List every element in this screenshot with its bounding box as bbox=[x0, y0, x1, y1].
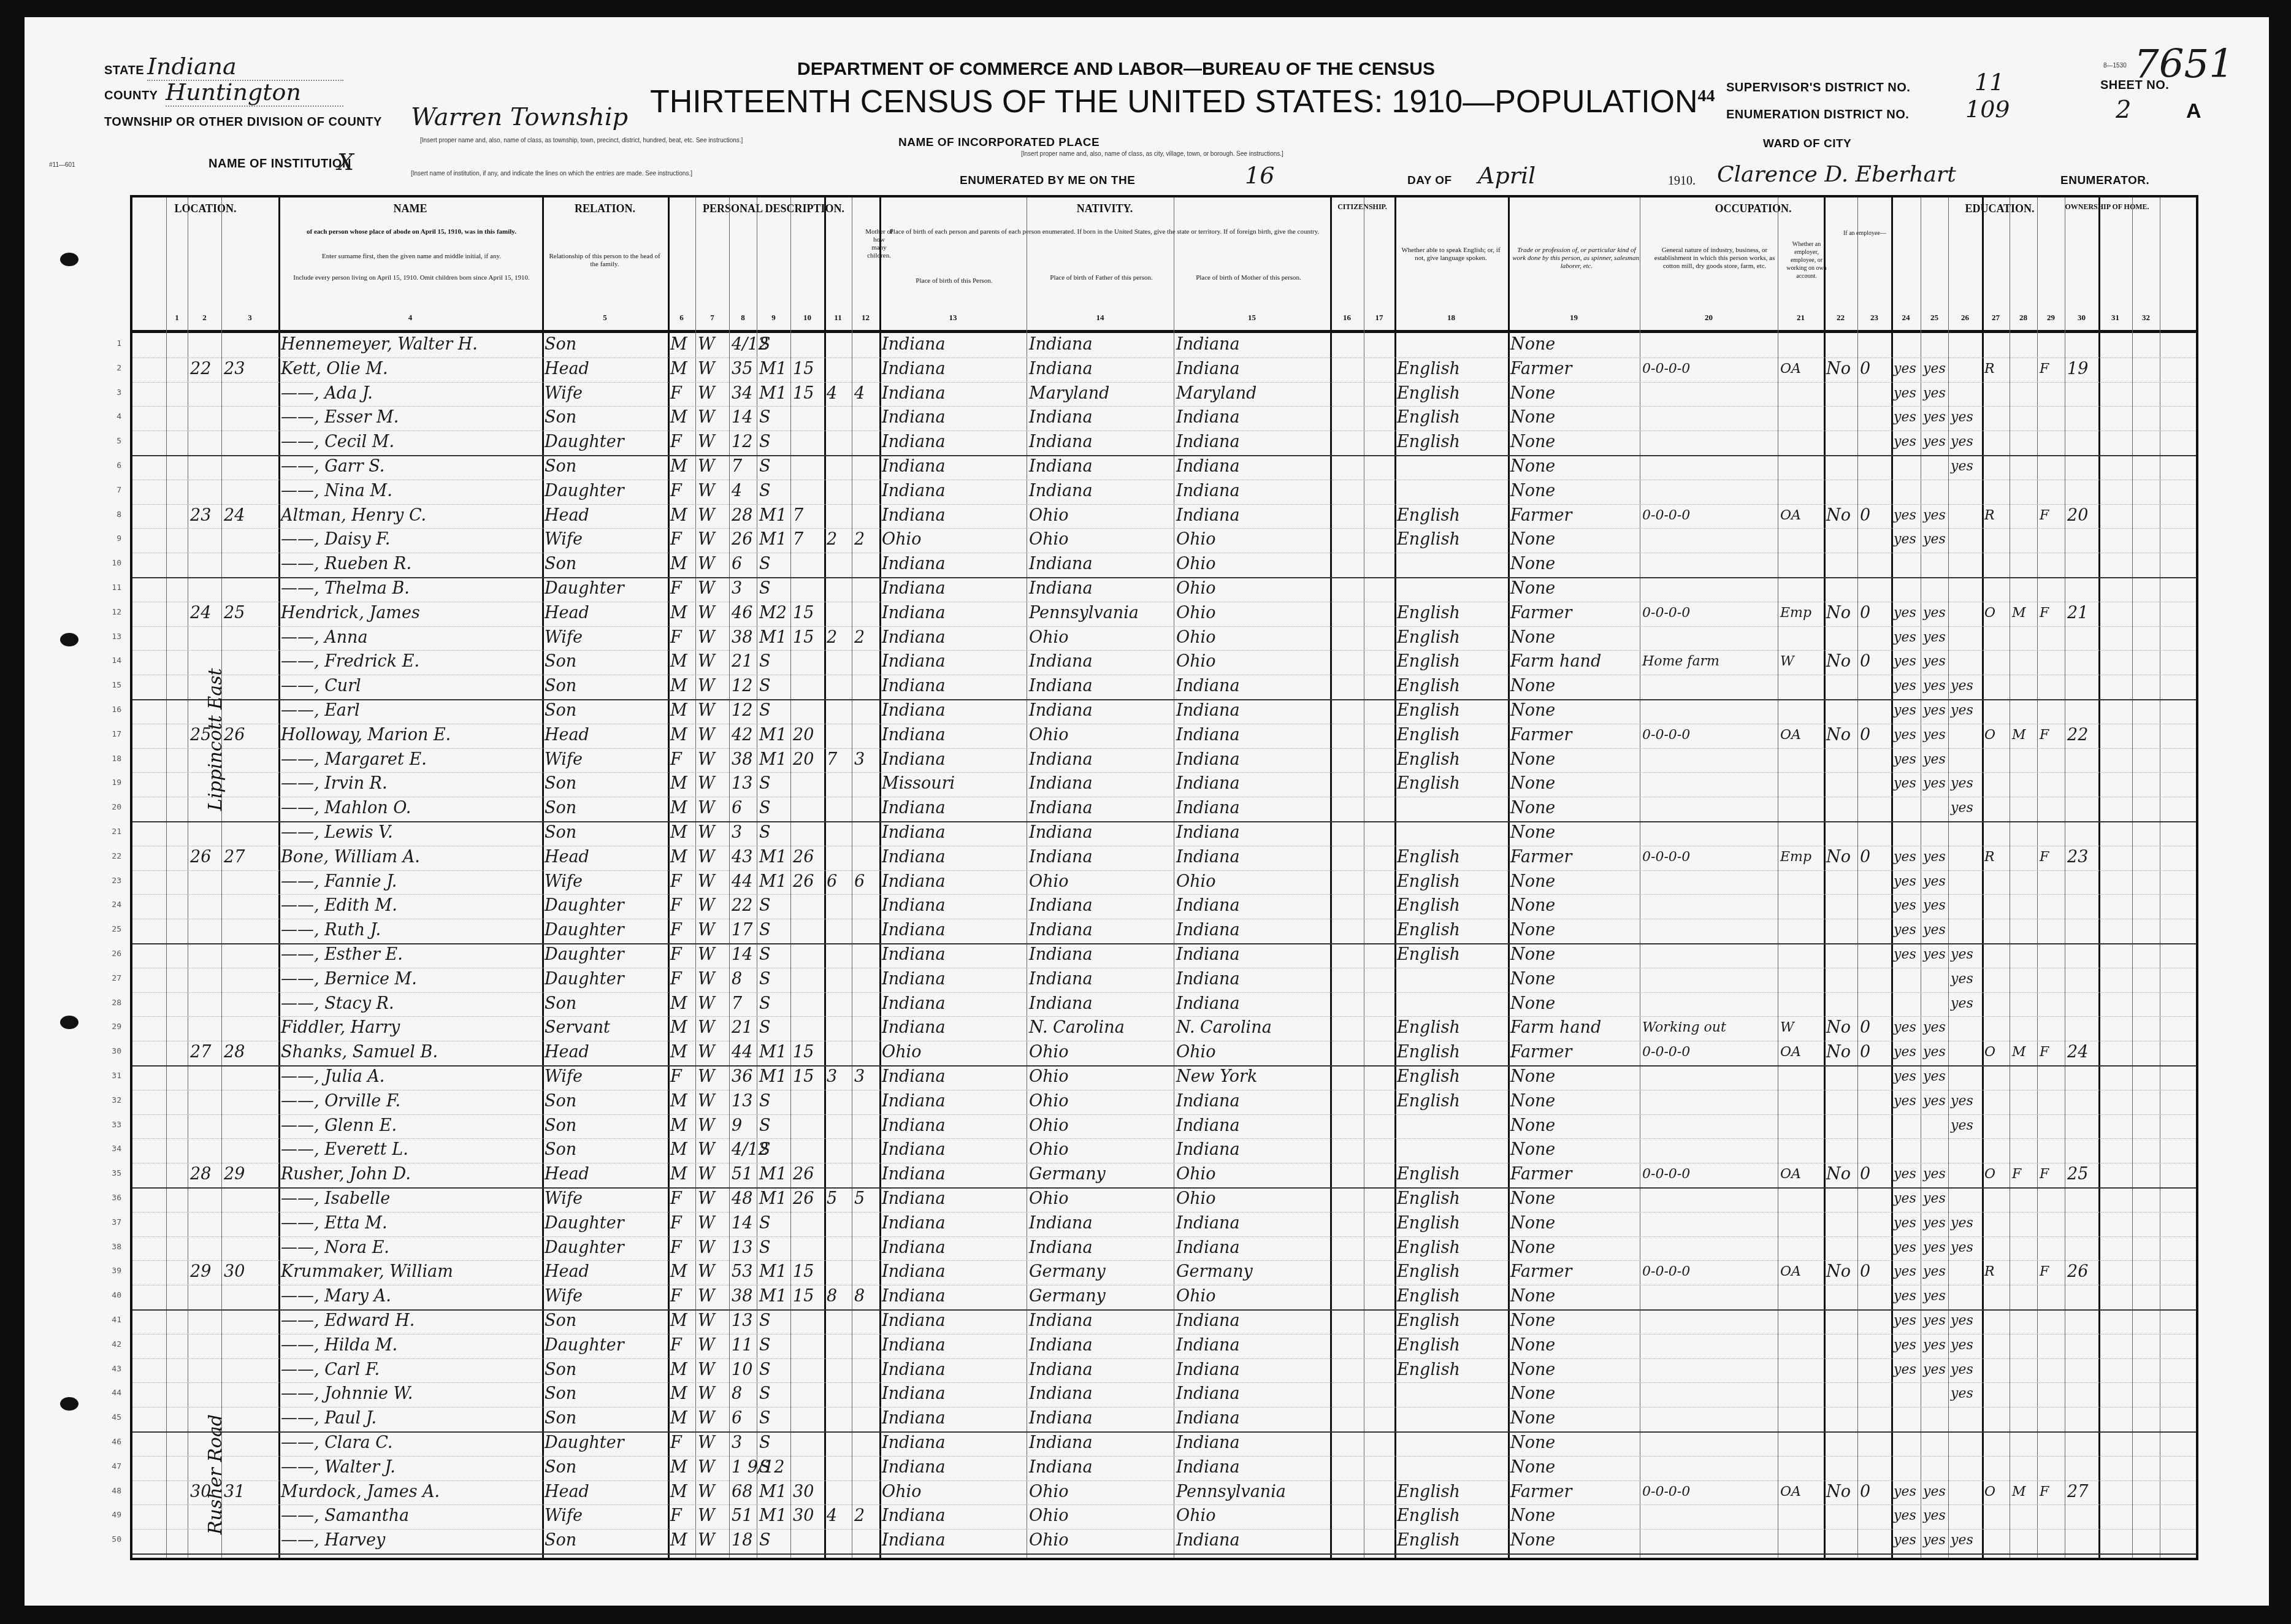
cell-read: yes bbox=[1894, 1260, 1916, 1284]
cell-trade: Farm hand bbox=[1510, 1016, 1601, 1040]
cell-yrs: 30 bbox=[793, 1504, 814, 1528]
cell-pob_m: Indiana bbox=[1176, 675, 1240, 698]
cell-lang: English bbox=[1397, 431, 1460, 454]
cell-pob: Indiana bbox=[882, 553, 946, 576]
cell-relation: Son bbox=[545, 821, 576, 845]
cell-age: 7 bbox=[732, 455, 742, 478]
cell-read: yes bbox=[1894, 1309, 1916, 1333]
supervisor-number: 11 bbox=[1975, 69, 2004, 96]
cell-age: 12 bbox=[732, 431, 752, 454]
enumeration-year: 1910. bbox=[1668, 174, 1696, 188]
cell-pob: Indiana bbox=[882, 358, 946, 381]
cell-marital: S bbox=[759, 919, 771, 942]
cell-trade: None bbox=[1510, 1456, 1555, 1479]
cell-pob_f: Ohio bbox=[1029, 528, 1068, 551]
line-number: 50 bbox=[103, 1535, 121, 1544]
institution-value: X bbox=[337, 148, 354, 175]
cell-lang: English bbox=[1397, 1016, 1460, 1040]
cell-living: 8 bbox=[854, 1285, 865, 1308]
cell-name: ——, Irvin R. bbox=[281, 772, 388, 795]
row-divider bbox=[132, 1407, 2196, 1408]
cell-name: ——, Paul J. bbox=[281, 1407, 377, 1430]
cell-pob_f: Indiana bbox=[1029, 699, 1093, 722]
line-number: 36 bbox=[103, 1193, 121, 1203]
row-divider bbox=[132, 1114, 2196, 1115]
cell-marital: S bbox=[759, 553, 771, 576]
cell-pob_f: Ohio bbox=[1029, 1187, 1068, 1211]
cell-write: yes bbox=[1923, 772, 1946, 795]
cell-race: W bbox=[698, 968, 715, 991]
cell-trade: Farmer bbox=[1510, 846, 1572, 869]
line-number: 8 bbox=[103, 510, 121, 519]
cell-sex: M bbox=[670, 1163, 687, 1186]
form-number: 44 bbox=[1698, 86, 1715, 105]
cell-age: 38 bbox=[732, 1285, 752, 1308]
cell-age: 35 bbox=[732, 358, 752, 381]
cell-trade: Farm hand bbox=[1510, 650, 1601, 673]
cell-read: yes bbox=[1894, 919, 1916, 942]
cell-marital: S bbox=[759, 1236, 771, 1260]
cell-born: 8 bbox=[827, 1285, 837, 1308]
cell-trade: None bbox=[1510, 528, 1555, 551]
column-divider bbox=[2037, 197, 2038, 1558]
cell-trade: None bbox=[1510, 675, 1555, 698]
cell-write: yes bbox=[1923, 870, 1946, 894]
cell-pob: Indiana bbox=[882, 846, 946, 869]
cell-trade: None bbox=[1510, 626, 1555, 649]
cell-pob_m: Ohio bbox=[1176, 528, 1215, 551]
cell-age: 51 bbox=[732, 1504, 752, 1528]
cell-school: yes bbox=[1951, 992, 1973, 1016]
cell-sched: 21 bbox=[2067, 602, 2088, 625]
cell-weeks: 0 bbox=[1860, 1480, 1870, 1504]
cell-sex: M bbox=[670, 1260, 687, 1284]
cell-race: W bbox=[698, 1212, 715, 1235]
cell-sex: M bbox=[670, 1138, 687, 1162]
cell-name: ——, Fannie J. bbox=[281, 870, 397, 894]
cell-marital: S bbox=[759, 1090, 771, 1113]
cell-born: 6 bbox=[827, 870, 837, 894]
column-number: 10 bbox=[790, 313, 824, 323]
cell-lang: English bbox=[1397, 699, 1460, 722]
cell-emp: OA bbox=[1780, 1163, 1801, 1186]
cell-pob_m: Indiana bbox=[1176, 480, 1240, 503]
cell-pob_m: Indiana bbox=[1176, 699, 1240, 722]
cell-write: yes bbox=[1923, 406, 1946, 429]
cell-marital: S bbox=[759, 480, 771, 503]
day-of-label: DAY OF bbox=[1407, 174, 1452, 188]
cell-pob_m: Ohio bbox=[1176, 1163, 1215, 1186]
cell-pob_f: Indiana bbox=[1029, 772, 1093, 795]
cell-farm: F bbox=[2040, 1260, 2049, 1284]
row-divider bbox=[132, 919, 2196, 919]
column-divider bbox=[1027, 197, 1027, 1558]
cell-pob_f: Indiana bbox=[1029, 1212, 1093, 1235]
cell-race: W bbox=[698, 1114, 715, 1138]
cell-weeks: 0 bbox=[1860, 724, 1870, 747]
line-number: 10 bbox=[103, 559, 121, 568]
row-divider bbox=[132, 577, 2196, 578]
cell-read: yes bbox=[1894, 1016, 1916, 1040]
cell-marital: S bbox=[759, 1382, 771, 1406]
cell-trade: None bbox=[1510, 943, 1555, 967]
column-number: 30 bbox=[2065, 313, 2098, 323]
cell-trade: Farmer bbox=[1510, 724, 1572, 747]
cell-name: ——, Esser M. bbox=[281, 406, 399, 429]
cell-marital: S bbox=[759, 333, 771, 356]
cell-sex: F bbox=[670, 1187, 682, 1211]
cell-trade: None bbox=[1510, 1236, 1555, 1260]
cell-pob_m: Germany bbox=[1176, 1260, 1253, 1284]
sheet-side: A bbox=[2186, 99, 2201, 123]
cell-relation: Son bbox=[545, 1382, 576, 1406]
cell-dwelling: 23 bbox=[190, 504, 211, 527]
cell-mort: M bbox=[2012, 1041, 2026, 1064]
cell-relation: Wife bbox=[545, 1065, 583, 1089]
cell-family: 29 bbox=[224, 1163, 245, 1186]
column-divider bbox=[188, 197, 188, 1558]
cell-pob_f: Indiana bbox=[1029, 821, 1093, 845]
cell-age: 6 bbox=[732, 553, 742, 576]
cell-emp: OA bbox=[1780, 1480, 1801, 1504]
cell-pob_f: Ohio bbox=[1029, 1504, 1068, 1528]
cell-pob: Indiana bbox=[882, 1334, 946, 1357]
cell-name: Rusher, John D. bbox=[281, 1163, 411, 1186]
cell-pob_f: Ohio bbox=[1029, 1065, 1068, 1089]
cell-write: yes bbox=[1923, 626, 1946, 649]
cell-race: W bbox=[698, 846, 715, 869]
cell-school: yes bbox=[1951, 455, 1973, 478]
cell-industry: Home farm bbox=[1642, 650, 1719, 673]
cell-write: yes bbox=[1923, 1480, 1946, 1504]
cell-race: W bbox=[698, 553, 715, 576]
cell-race: W bbox=[698, 1260, 715, 1284]
cell-race: W bbox=[698, 480, 715, 503]
sheet-number: 2 bbox=[2116, 96, 2131, 124]
cell-living: 6 bbox=[854, 870, 865, 894]
cell-race: W bbox=[698, 358, 715, 381]
cell-race: W bbox=[698, 1187, 715, 1211]
cell-write: yes bbox=[1923, 382, 1946, 405]
cell-name: ——, Julia A. bbox=[281, 1065, 384, 1089]
column-divider bbox=[2098, 197, 2100, 1558]
cell-name: ——, Lewis V. bbox=[281, 821, 393, 845]
cell-write: yes bbox=[1923, 1187, 1946, 1211]
cell-race: W bbox=[698, 748, 715, 772]
cell-pob_m: Indiana bbox=[1176, 333, 1240, 356]
line-number: 38 bbox=[103, 1243, 121, 1252]
cell-age: 22 bbox=[732, 894, 752, 917]
cell-sex: M bbox=[670, 358, 687, 381]
line-number: 6 bbox=[103, 461, 121, 470]
cell-farm: F bbox=[2040, 358, 2049, 381]
cell-marital: S bbox=[759, 1309, 771, 1333]
cell-pob: Indiana bbox=[882, 577, 946, 600]
cell-name: Hennemeyer, Walter H. bbox=[281, 333, 478, 356]
cell-write: yes bbox=[1923, 528, 1946, 551]
cell-relation: Daughter bbox=[545, 431, 624, 454]
cell-pob_m: Indiana bbox=[1176, 919, 1240, 942]
cell-own: R bbox=[1984, 504, 1995, 527]
line-number: 17 bbox=[103, 730, 121, 739]
line-number: 45 bbox=[103, 1413, 121, 1422]
cell-school: yes bbox=[1951, 431, 1973, 454]
cell-trade: None bbox=[1510, 1065, 1555, 1089]
cell-relation: Daughter bbox=[545, 943, 624, 967]
cell-pob_f: Indiana bbox=[1029, 1407, 1093, 1430]
cell-relation: Daughter bbox=[545, 1212, 624, 1235]
cell-write: yes bbox=[1923, 943, 1946, 967]
cell-trade: None bbox=[1510, 1114, 1555, 1138]
cell-sex: M bbox=[670, 846, 687, 869]
cell-sex: F bbox=[670, 480, 682, 503]
cell-marital: S bbox=[759, 577, 771, 600]
cell-sex: M bbox=[670, 455, 687, 478]
cell-yrs: 15 bbox=[793, 382, 814, 405]
cell-pob_m: Ohio bbox=[1176, 1041, 1215, 1064]
cell-relation: Head bbox=[545, 358, 589, 381]
cell-sex: M bbox=[670, 821, 687, 845]
cell-pob_f: N. Carolina bbox=[1029, 1016, 1125, 1040]
cell-own: O bbox=[1984, 724, 1995, 747]
cell-emp: W bbox=[1780, 650, 1794, 673]
cell-own: O bbox=[1984, 602, 1995, 625]
cell-sex: M bbox=[670, 1480, 687, 1504]
cell-pob: Indiana bbox=[882, 650, 946, 673]
binder-hole bbox=[60, 633, 78, 646]
cell-pob_m: Indiana bbox=[1176, 358, 1240, 381]
column-divider bbox=[278, 197, 280, 1558]
cell-write: yes bbox=[1923, 650, 1946, 673]
cell-name: ——, Mahlon O. bbox=[281, 797, 411, 820]
cell-industry: 0-0-0-0 bbox=[1642, 846, 1690, 869]
cell-yrs: 26 bbox=[793, 870, 814, 894]
row-divider bbox=[132, 1456, 2196, 1457]
cell-school: yes bbox=[1951, 1334, 1973, 1357]
cell-age: 68 bbox=[732, 1480, 752, 1504]
cell-age: 44 bbox=[732, 870, 752, 894]
cell-own: O bbox=[1984, 1163, 1995, 1186]
column-divider bbox=[2010, 197, 2010, 1558]
cell-age: 3 bbox=[732, 577, 742, 600]
cell-lang: English bbox=[1397, 1260, 1460, 1284]
cell-marital: M1 bbox=[759, 870, 787, 894]
cell-pob_m: Indiana bbox=[1176, 772, 1240, 795]
cell-age: 53 bbox=[732, 1260, 752, 1284]
county-label: COUNTY bbox=[104, 89, 158, 103]
cell-lang: English bbox=[1397, 1529, 1460, 1552]
column-divider bbox=[729, 197, 730, 1558]
cell-marital: M1 bbox=[759, 1163, 787, 1186]
cell-read: yes bbox=[1894, 894, 1916, 917]
column-number: 5 bbox=[542, 313, 668, 323]
cell-weeks: 0 bbox=[1860, 650, 1870, 673]
cell-pob_f: Indiana bbox=[1029, 1431, 1093, 1455]
cell-read: yes bbox=[1894, 1334, 1916, 1357]
cell-pob_m: Ohio bbox=[1176, 650, 1215, 673]
cell-age: 13 bbox=[732, 772, 752, 795]
cell-pob_f: Indiana bbox=[1029, 846, 1093, 869]
department-title: DEPARTMENT OF COMMERCE AND LABOR—BUREAU … bbox=[797, 59, 1435, 80]
name-desc-1: of each person whose place of abode on A… bbox=[283, 228, 540, 236]
cell-pob_m: Indiana bbox=[1176, 1334, 1240, 1357]
column-number: 15 bbox=[1174, 313, 1330, 323]
cell-race: W bbox=[698, 1529, 715, 1552]
group-ownership: OWNERSHIP OF HOME. bbox=[2052, 202, 2162, 212]
cell-sex: F bbox=[670, 431, 682, 454]
cell-school: yes bbox=[1951, 1309, 1973, 1333]
cell-pob: Indiana bbox=[882, 1236, 946, 1260]
row-divider bbox=[132, 1065, 2196, 1067]
cell-lang: English bbox=[1397, 528, 1460, 551]
cell-relation: Son bbox=[545, 553, 576, 576]
row-divider bbox=[132, 1334, 2196, 1335]
cell-sched: 27 bbox=[2067, 1480, 2088, 1504]
row-divider bbox=[132, 846, 2196, 846]
cell-marital: S bbox=[759, 1407, 771, 1430]
cell-industry: 0-0-0-0 bbox=[1642, 1163, 1690, 1186]
census-sheet: STATE Indiana COUNTY Huntington TOWNSHIP… bbox=[25, 17, 2269, 1606]
cell-marital: M1 bbox=[759, 1480, 787, 1504]
cell-pob: Indiana bbox=[882, 1138, 946, 1162]
line-number: 16 bbox=[103, 705, 121, 714]
cell-race: W bbox=[698, 528, 715, 551]
cell-weeks: 0 bbox=[1860, 1041, 1870, 1064]
cell-age: 48 bbox=[732, 1187, 752, 1211]
cell-age: 14 bbox=[732, 943, 752, 967]
cell-pob_f: Indiana bbox=[1029, 992, 1093, 1016]
cell-relation: Son bbox=[545, 797, 576, 820]
cell-sex: F bbox=[670, 1065, 682, 1089]
cell-school: yes bbox=[1951, 1529, 1973, 1552]
cell-pob_f: Indiana bbox=[1029, 1309, 1093, 1333]
line-number: 42 bbox=[103, 1340, 121, 1349]
cell-family: 27 bbox=[224, 846, 245, 869]
cell-pob_m: Indiana bbox=[1176, 455, 1240, 478]
group-nativity: NATIVITY. bbox=[879, 202, 1330, 215]
cell-lang: English bbox=[1397, 894, 1460, 917]
cell-trade: None bbox=[1510, 455, 1555, 478]
cell-write: yes bbox=[1923, 1090, 1946, 1113]
cell-trade: None bbox=[1510, 748, 1555, 772]
cell-marital: S bbox=[759, 943, 771, 967]
cell-mort: F bbox=[2012, 1163, 2021, 1186]
cell-lang: English bbox=[1397, 1285, 1460, 1308]
line-number: 27 bbox=[103, 974, 121, 983]
row-divider bbox=[132, 406, 2196, 407]
cell-farm: F bbox=[2040, 846, 2049, 869]
cell-relation: Daughter bbox=[545, 894, 624, 917]
cell-name: ——, Samantha bbox=[281, 1504, 409, 1528]
cell-relation: Head bbox=[545, 1041, 589, 1064]
cell-trade: Farmer bbox=[1510, 602, 1572, 625]
cell-name: Holloway, Marion E. bbox=[281, 724, 451, 747]
cell-race: W bbox=[698, 406, 715, 429]
cell-name: ——, Etta M. bbox=[281, 1212, 387, 1235]
cell-write: yes bbox=[1923, 724, 1946, 747]
cell-pob: Indiana bbox=[882, 333, 946, 356]
cell-own: O bbox=[1984, 1480, 1995, 1504]
cell-name: ——, Daisy F. bbox=[281, 528, 390, 551]
cell-school: yes bbox=[1951, 699, 1973, 722]
cell-trade: None bbox=[1510, 919, 1555, 942]
cell-relation: Wife bbox=[545, 382, 583, 405]
cell-dwelling: 29 bbox=[190, 1260, 211, 1284]
cell-school: yes bbox=[1951, 1212, 1973, 1235]
cell-relation: Son bbox=[545, 772, 576, 795]
cell-school: yes bbox=[1951, 772, 1973, 795]
line-number: 19 bbox=[103, 778, 121, 787]
line-number: 44 bbox=[103, 1388, 121, 1398]
cell-read: yes bbox=[1894, 358, 1916, 381]
cell-weeks: 0 bbox=[1860, 1016, 1870, 1040]
column-number: 3 bbox=[221, 313, 278, 323]
cell-age: 12 bbox=[732, 675, 752, 698]
cell-relation: Son bbox=[545, 1090, 576, 1113]
cell-yrs: 15 bbox=[793, 1065, 814, 1089]
cell-emp: OA bbox=[1780, 358, 1801, 381]
row-divider bbox=[132, 1309, 2196, 1311]
cell-industry: 0-0-0-0 bbox=[1642, 1041, 1690, 1064]
cell-pob: Indiana bbox=[882, 1529, 946, 1552]
row-divider bbox=[132, 797, 2196, 797]
cell-name: ——, Garr S. bbox=[281, 455, 384, 478]
cell-school: yes bbox=[1951, 1236, 1973, 1260]
line-number: 24 bbox=[103, 900, 121, 910]
cell-name: ——, Fredrick E. bbox=[281, 650, 419, 673]
column-divider bbox=[879, 197, 881, 1558]
cell-age: 28 bbox=[732, 504, 752, 527]
cell-age: 4 bbox=[732, 480, 742, 503]
column-number: 23 bbox=[1857, 313, 1891, 323]
line-number: 35 bbox=[103, 1169, 121, 1178]
cell-pob_f: Indiana bbox=[1029, 1382, 1093, 1406]
cell-pob: Indiana bbox=[882, 1065, 946, 1089]
cell-name: ——, Clara C. bbox=[281, 1431, 392, 1455]
cell-marital: S bbox=[759, 650, 771, 673]
row-divider bbox=[132, 1431, 2196, 1433]
line-number: 4 bbox=[103, 412, 121, 421]
cell-name: ——, Curl bbox=[281, 675, 361, 698]
cell-industry: 0-0-0-0 bbox=[1642, 602, 1690, 625]
cell-age: 3 bbox=[732, 821, 742, 845]
line-number: 33 bbox=[103, 1120, 121, 1130]
cell-lang: English bbox=[1397, 772, 1460, 795]
cell-pob: Indiana bbox=[882, 1090, 946, 1113]
cell-out: No bbox=[1826, 846, 1851, 869]
cell-age: 6 bbox=[732, 1407, 742, 1430]
cell-industry: 0-0-0-0 bbox=[1642, 1260, 1690, 1284]
cell-read: yes bbox=[1894, 846, 1916, 869]
cell-lang: English bbox=[1397, 406, 1460, 429]
column-divider bbox=[1921, 197, 1921, 1558]
cell-age: 18 bbox=[732, 1529, 752, 1552]
cell-age: 13 bbox=[732, 1090, 752, 1113]
line-number: 28 bbox=[103, 998, 121, 1008]
cell-pob_m: Ohio bbox=[1176, 1187, 1215, 1211]
cell-mort: M bbox=[2012, 1480, 2026, 1504]
cell-lang: English bbox=[1397, 504, 1460, 527]
cell-marital: S bbox=[759, 1456, 771, 1479]
cell-out: No bbox=[1826, 1016, 1851, 1040]
cell-pob: Indiana bbox=[882, 968, 946, 991]
cell-read: yes bbox=[1894, 528, 1916, 551]
cell-race: W bbox=[698, 650, 715, 673]
cell-age: 6 bbox=[732, 797, 742, 820]
row-divider bbox=[132, 553, 2196, 553]
cell-sched: 25 bbox=[2067, 1163, 2088, 1186]
cell-lang: English bbox=[1397, 1480, 1460, 1504]
